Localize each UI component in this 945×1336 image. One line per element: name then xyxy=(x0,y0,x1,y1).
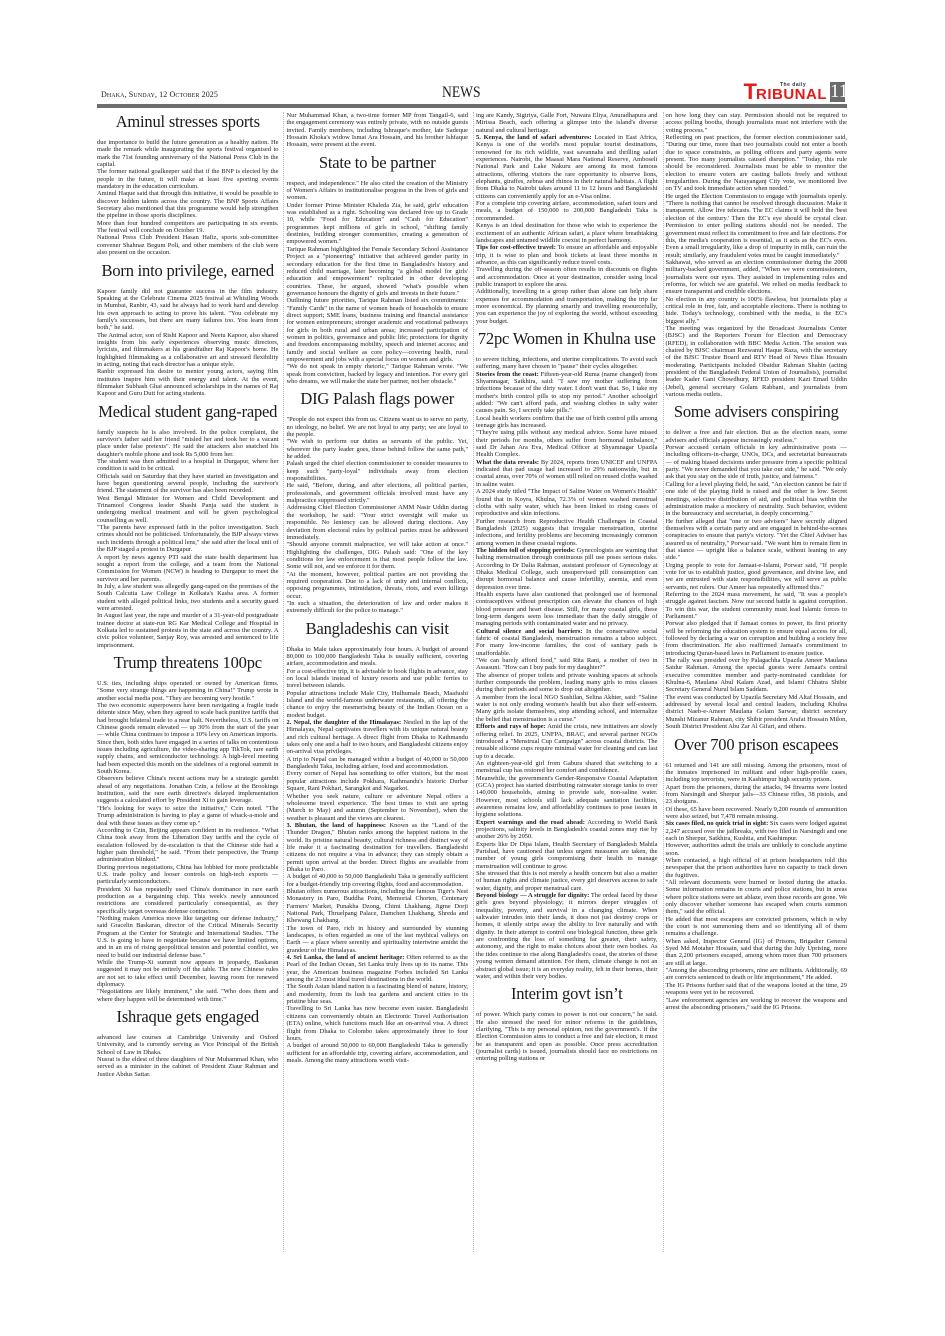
article-paragraph: He further alleged that "one or two advi… xyxy=(666,518,848,562)
article-paragraph: Apart from the prisoners, during the att… xyxy=(666,784,848,806)
article-headline: Ishraque gets engaged xyxy=(97,1007,279,1027)
article-paragraph: While the Trump-Xi summit now appears in… xyxy=(97,959,279,988)
column-4: on how long they can stay. Permission sh… xyxy=(666,112,848,1078)
article-paragraph: to severe itching, infections, and uteri… xyxy=(476,356,658,371)
article-paragraph: The rally was presided over by Palagachh… xyxy=(666,657,848,694)
article-paragraph: When contacted, a high official of at pr… xyxy=(666,857,848,879)
article-paragraph: Bhutan offers numerous attractions, incl… xyxy=(287,888,469,925)
article-paragraph: What the data reveals: By 2024, reports … xyxy=(476,459,658,488)
article-paragraph: The hidden toll of stopping periods: Gyn… xyxy=(476,547,658,591)
article-paragraph: The Animal actor, son of Rishi Kapoor an… xyxy=(97,332,279,369)
article-paragraph: "Negotiations are likely imminent," she … xyxy=(97,988,279,1003)
column-2: Nur Muhammad Khan, a two-time former MP … xyxy=(287,112,469,1078)
article-paragraph: Tips for cost-effective travel: To ensur… xyxy=(476,244,658,266)
article-paragraph: Six cases filed, no quick trial in sight… xyxy=(666,820,848,842)
article-paragraph: The South Asian island nation is a fasci… xyxy=(287,983,469,1005)
article-paragraph: Beyond biology — A struggle for dignity:… xyxy=(476,892,658,980)
article-paragraph: Travelling to Sri Lanka has now become e… xyxy=(287,1005,469,1042)
article-headline: 72pc Women in Khulna use xyxy=(476,329,658,349)
article-paragraph: The IG Prisons further said that of the … xyxy=(666,982,848,997)
article-paragraph: A report by news agency PTI said the sta… xyxy=(97,554,279,583)
article-paragraph: A member from the local NGO Sushilan, Se… xyxy=(476,694,658,723)
article-paragraph: "At the moment, however, political parti… xyxy=(287,571,469,600)
article-paragraph: "He's looking for ways to seize the init… xyxy=(97,805,279,827)
article: Interim govt isn’tof power. Which party … xyxy=(476,984,658,1062)
article-paragraph: 2. Nepal, the daughter of the Himalayas:… xyxy=(287,719,469,756)
article-paragraph: A budget of 40,000 to 50,000 Bangladeshi… xyxy=(287,873,469,888)
article-paragraph: National Press Club President Hasan Hafi… xyxy=(97,234,279,256)
article-paragraph: President Xi has repeatedly used China's… xyxy=(97,886,279,915)
article-paragraph: Porwar also pledged that if Jamaat comes… xyxy=(666,620,848,657)
article-paragraph: "People do not expect this from us. Citi… xyxy=(287,416,469,438)
article-paragraph: Reflecting on past practices, the former… xyxy=(666,134,848,193)
article-paragraph: Additionally, travelling in a group rath… xyxy=(476,288,658,325)
article: Trump threatens 100pcU.S. ties, includin… xyxy=(97,653,279,1003)
article-paragraph: Tarique Rahman highlighted the Female Se… xyxy=(287,246,469,297)
article-paragraph: Aminul Haque said that through this init… xyxy=(97,190,279,219)
article-headline: State to be partner xyxy=(287,153,469,173)
article-paragraph: Since then, both sides have engaged in a… xyxy=(97,739,279,776)
article-paragraph: advanced law courses at Cambridge Univer… xyxy=(97,1034,279,1056)
article-paragraph: family suspects he is also involved. In … xyxy=(97,429,279,458)
column-3: ing are Kandy, Sigiriya, Galle Fort, Nuw… xyxy=(476,112,658,1078)
article: on how long they can stay. Permission sh… xyxy=(666,112,848,398)
article-paragraph: Experts like Dr Dipa Islam, Health Secre… xyxy=(476,841,658,870)
article-paragraph: Nur Muhammad Khan, a two-time former MP … xyxy=(287,112,469,149)
article-paragraph: Health experts have also cautioned that … xyxy=(476,591,658,628)
article-paragraph: He said, "Before, during, and after elec… xyxy=(287,482,469,504)
article-paragraph: "In such a situation, the deterioration … xyxy=(287,600,469,615)
article: DIG Palash flags power"People do not exp… xyxy=(287,389,469,614)
article-headline: Born into privilege, earned xyxy=(97,261,279,281)
article-paragraph: 4. Sri Lanka, the land of ancient herita… xyxy=(287,954,469,983)
article-paragraph: The event was conducted by Upazila Secre… xyxy=(666,694,848,731)
logo-wordmark: The daily RIBUNAL xyxy=(756,87,827,102)
dateline: Dhaka, Sunday, 12 October 2025 xyxy=(101,90,218,99)
article-paragraph: "Among the absconding prisoners, nine ar… xyxy=(666,967,848,982)
article-paragraph: "All relevant documents were burned or l… xyxy=(666,879,848,916)
article-paragraph: "They're using pills without any medical… xyxy=(476,429,658,458)
article-headline: Interim govt isn’t xyxy=(476,984,658,1004)
article: 72pc Women in Khulna useto severe itchin… xyxy=(476,329,658,980)
article: Some advisers conspiringto deliver a fre… xyxy=(666,402,848,730)
article-paragraph: She stressed that this is not merely a h… xyxy=(476,870,658,892)
article-headline: Bangladeshis can visit xyxy=(287,619,469,639)
article-paragraph: Porwar accused certain officials in key … xyxy=(666,444,848,481)
article-paragraph: due importance to build the future gener… xyxy=(97,139,279,168)
article-paragraph: "Should anyone commit malpractice, we wi… xyxy=(287,541,469,570)
article-paragraph: on how long they can stay. Permission sh… xyxy=(666,112,848,134)
article-headline: Aminul stresses sports xyxy=(97,112,279,132)
article-paragraph: A budget of around 50,000 to 60,000 Bang… xyxy=(287,1042,469,1064)
article-paragraph: Kenya is an ideal destination for those … xyxy=(476,222,658,244)
article-paragraph: For a cost-effective trip, it is advisab… xyxy=(287,668,469,690)
article-paragraph: "We wish to perform our duties as servan… xyxy=(287,438,469,460)
article-paragraph: The absence of proper toilets and privat… xyxy=(476,672,658,694)
article-paragraph: Under former Prime Minister Khaleda Zia,… xyxy=(287,202,469,246)
article-paragraph: "The parents have expressed faith in the… xyxy=(97,524,279,553)
article-paragraph: Local health workers confirm that the us… xyxy=(476,415,658,430)
article-headline: Some advisers conspiring xyxy=(666,402,848,422)
article-paragraph: Ranbir expressed his desire to mentor yo… xyxy=(97,368,279,397)
article: Ishraque gets engagedadvanced law course… xyxy=(97,1007,279,1078)
article: Aminul stresses sportsdue importance to … xyxy=(97,112,279,257)
article-paragraph: The two economic superpowers have been n… xyxy=(97,702,279,739)
article-paragraph: The former national goalkeeper said that… xyxy=(97,168,279,190)
article: Born into privilege, earnedKapoor family… xyxy=(97,261,279,398)
article-paragraph: to deliver a free and fair election. But… xyxy=(666,429,848,444)
article-paragraph: "We do not speak in empty rhetoric," Tar… xyxy=(287,363,469,385)
article: Bangladeshis can visitDhaka to Male take… xyxy=(287,619,469,1065)
article: ing are Kandy, Sigiriya, Galle Fort, Nuw… xyxy=(476,112,658,325)
article-paragraph: However, authorities admit the trials ar… xyxy=(666,842,848,857)
article-paragraph: Popular attractions include Male City, H… xyxy=(287,690,469,719)
article-paragraph: Expert warnings and the road ahead: Acco… xyxy=(476,819,658,841)
article-paragraph: In August last year, the rape and murder… xyxy=(97,612,279,649)
article-paragraph: Stories from the coast: Fifteen-year-old… xyxy=(476,371,658,415)
section-title: NEWS xyxy=(442,84,481,102)
article: Medical student gang-rapedfamily suspect… xyxy=(97,402,279,649)
article-paragraph: 5. Kenya, the land of safari adventures:… xyxy=(476,134,658,200)
article-headline: DIG Palash flags power xyxy=(287,389,469,409)
newspaper-page: Dhaka, Sunday, 12 October 2025 NEWS T Th… xyxy=(97,0,847,1336)
article-paragraph: A 2024 study titled "The Impact of Salin… xyxy=(476,488,658,517)
logo-first-letter: T xyxy=(744,82,756,102)
article-paragraph: respect, and independence." He also cite… xyxy=(287,180,469,202)
logo-tagline: The daily xyxy=(780,78,806,93)
article-paragraph: No election in any country is 100% flawl… xyxy=(666,296,848,325)
article-paragraph: Sakhawat, who served as an election comm… xyxy=(666,259,848,296)
article-paragraph: Of these, 65 have been recovered. Nearly… xyxy=(666,806,848,821)
article-paragraph: "We can barely afford food," said Rita R… xyxy=(476,657,658,672)
page-number: 11 xyxy=(830,82,845,102)
article-paragraph: During previous negotiations, China has … xyxy=(97,864,279,886)
article-paragraph: The meeting was organized by the Broadca… xyxy=(666,325,848,398)
column-1: Aminul stresses sportsdue importance to … xyxy=(97,112,279,1078)
article-paragraph: According to Czin, Beijing appears confi… xyxy=(97,827,279,864)
article-paragraph: He urged the Election Commission to enga… xyxy=(666,193,848,259)
article-paragraph: "Law enforcement agencies are working to… xyxy=(666,997,848,1012)
article-paragraph: The town of Paro, rich in history and su… xyxy=(287,925,469,954)
article-paragraph: U.S. ties, including ships operated or o… xyxy=(97,680,279,702)
article-headline: Over 700 prison escapees xyxy=(666,735,848,755)
article-paragraph: "Nothing makes America move like targeti… xyxy=(97,915,279,959)
article-paragraph: The student was then admitted to a hospi… xyxy=(97,458,279,473)
masthead: Dhaka, Sunday, 12 October 2025 NEWS T Th… xyxy=(97,80,847,104)
article-paragraph: 61 returned and 141 are still missing. A… xyxy=(666,762,848,784)
article-paragraph: West Bengal Minister for Women and Child… xyxy=(97,495,279,524)
article-paragraph: More than four hundred competitors are p… xyxy=(97,220,279,235)
article-paragraph: In July, a law student was allegedly gan… xyxy=(97,583,279,612)
article-paragraph: Addressing Chief Election Commissioner A… xyxy=(287,504,469,541)
article-headline: Trump threatens 100pc xyxy=(97,653,279,673)
article-paragraph: A trip to Nepal can be managed within a … xyxy=(287,756,469,771)
article: Nur Muhammad Khan, a two-time former MP … xyxy=(287,112,469,149)
article-paragraph: 3. Bhutan, the land of happiness: Known … xyxy=(287,822,469,873)
article-paragraph: ing are Kandy, Sigiriya, Galle Fort, Nuw… xyxy=(476,112,658,134)
article-paragraph: Outlining future priorities, Tarique Rah… xyxy=(287,297,469,363)
article-paragraph: Efforts and rays of hope: Amid the crisi… xyxy=(476,723,658,760)
article-paragraph: Further research from Reproductive Healt… xyxy=(476,518,658,547)
article-paragraph: Calling for a level playing field, he sa… xyxy=(666,481,848,518)
article-paragraph: Travelling during the off-season often r… xyxy=(476,266,658,288)
masthead-rule xyxy=(97,104,847,108)
tribunal-logo: T The daily RIBUNAL 11 xyxy=(744,80,845,102)
article-paragraph: Dhaka to Male takes approximately four h… xyxy=(287,646,469,668)
article-paragraph: Observers believe China's recent actions… xyxy=(97,775,279,804)
article-paragraph: Cultural silence and social barriers: In… xyxy=(476,628,658,657)
article: State to be partnerrespect, and independ… xyxy=(287,153,469,386)
article-paragraph: Every corner of Nepal has something to o… xyxy=(287,770,469,792)
article-paragraph: Palash urged the chief election commissi… xyxy=(287,460,469,482)
article-columns: Aminul stresses sportsdue importance to … xyxy=(97,112,847,1078)
article-paragraph: Kapoor family did not guarantee success … xyxy=(97,288,279,332)
article-paragraph: When asked, Inspector General (IG) of Pr… xyxy=(666,938,848,967)
article-paragraph: An eighteen-year-old girl from Gabura sh… xyxy=(476,760,658,775)
article-paragraph: He added that most escapees are convicte… xyxy=(666,916,848,938)
article-paragraph: Officials said on Saturday that they hav… xyxy=(97,473,279,495)
article-paragraph: For a complete trip covering airfare, ac… xyxy=(476,200,658,222)
article-paragraph: Nusrat is the eldest of three daughters … xyxy=(97,1056,279,1078)
article-paragraph: Meanwhile, the government's Gender-Respo… xyxy=(476,775,658,819)
article-paragraph: of power. Which party comes to power is … xyxy=(476,1011,658,1062)
article: Over 700 prison escapees61 returned and … xyxy=(666,735,848,1012)
article-paragraph: Whether you seek nature, culture or adve… xyxy=(287,793,469,822)
article-paragraph: Urging people to vote for Jamaat-e-Islam… xyxy=(666,562,848,591)
article-headline: Medical student gang-raped xyxy=(97,402,279,422)
article-paragraph: Referring to the 2024 mass movement, he … xyxy=(666,591,848,620)
